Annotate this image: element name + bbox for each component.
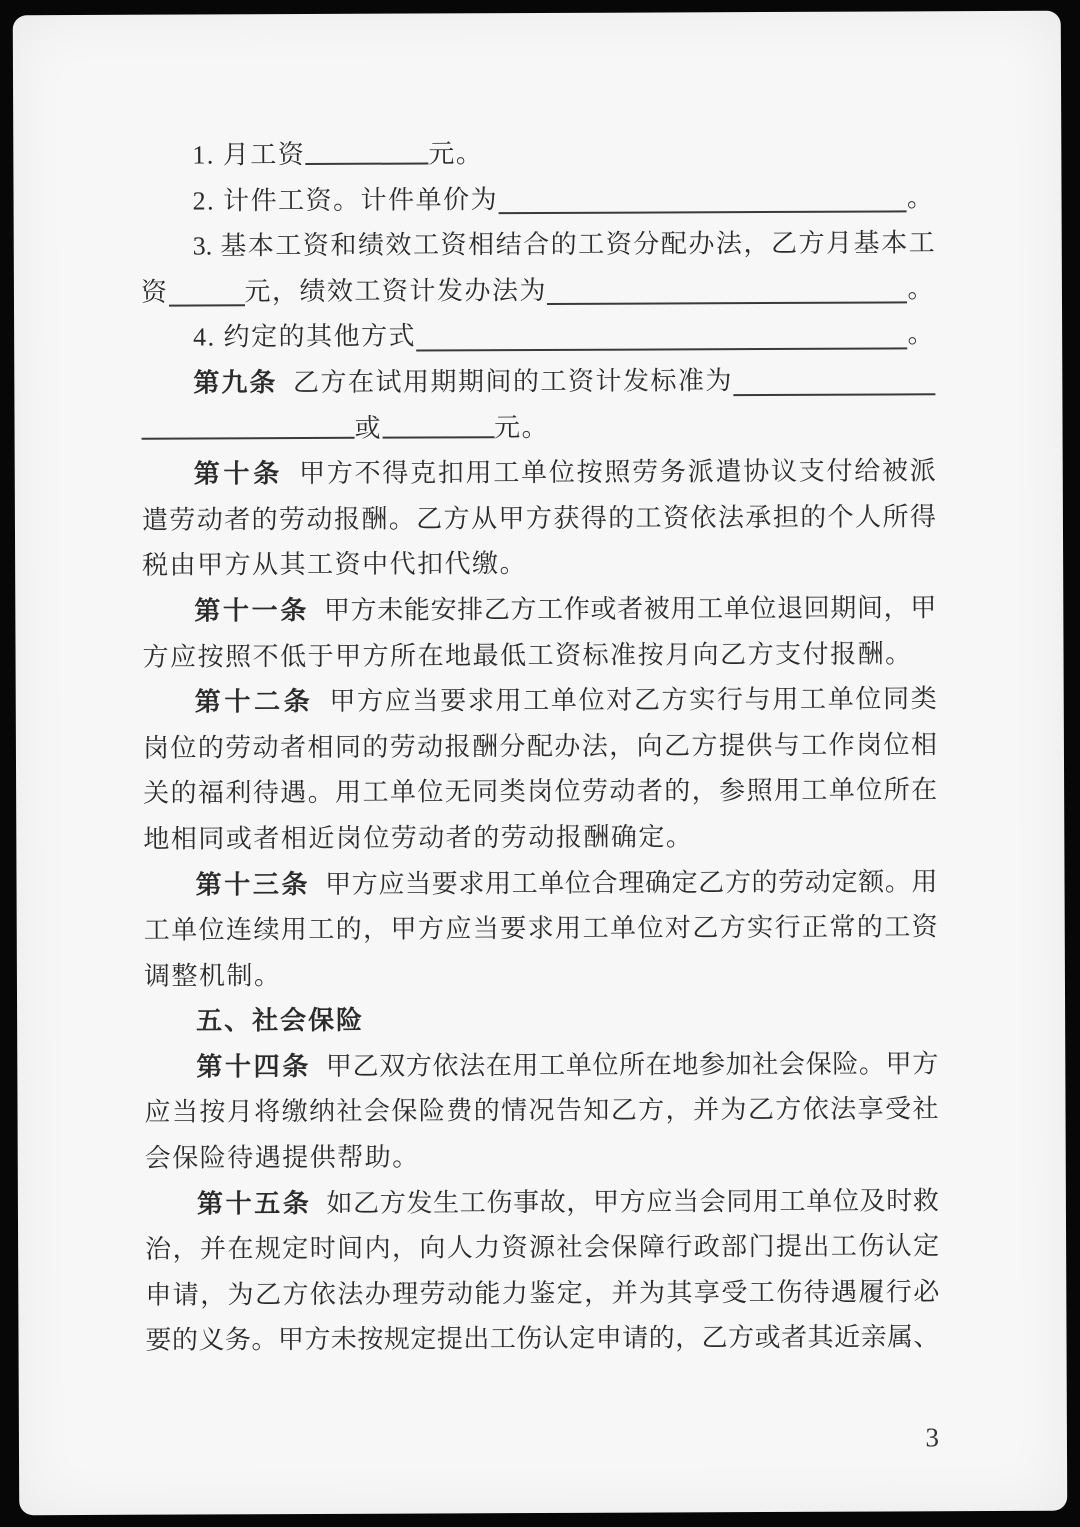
text-run: 3. 基本工资和绩效工资相结合的工资分配办法，乙方月基本工	[193, 228, 935, 260]
clause-heading: 第十一条	[194, 595, 309, 625]
fill-in-blank	[382, 410, 494, 438]
text-run: 调整机制。	[144, 961, 282, 991]
document-line: 岗位的劳动者相同的劳动报酬分配办法，向乙方提供与工作岗位相	[143, 722, 937, 771]
clause-heading: 五、社会保险	[196, 1005, 364, 1036]
document-line: 方应按照不低于甲方所在地最低工资标准按月向乙方支付报酬。	[142, 631, 936, 680]
text-run: 工单位连续用工的，甲方应当要求用工单位对乙方实行正常的工资	[144, 912, 938, 944]
document-line: 第十五条 如乙方发生工伤事故，甲方应当会同用工单位及时救	[145, 1178, 939, 1227]
document-line: 2. 计件工资。计件单价为。	[140, 175, 934, 224]
document-body: 1. 月工资元。2. 计件工资。计件单价为。3. 基本工资和绩效工资相结合的工资…	[140, 129, 939, 1363]
fill-in-blank	[498, 175, 907, 214]
document-line: 第十条 甲方不得克扣用工单位按照劳务派遣协议支付给被派	[142, 448, 936, 497]
text-run: 甲方应当要求用工单位对乙方实行与用工单位同类	[321, 684, 937, 716]
text-run: 元。	[494, 413, 549, 442]
document-line: 关的福利待遇。用工单位无同类岗位劳动者的，参照用工单位所在	[143, 768, 937, 817]
document-line: 工单位连续用工的，甲方应当要求用工单位对乙方实行正常的工资	[144, 904, 938, 953]
document-line: 治，并在规定时间内，向人力资源社会保障行政部门提出工伤认定	[145, 1224, 939, 1273]
text-run: 税由甲方从其工资中代扣代缴。	[142, 549, 527, 580]
text-run: 会保险待遇提供帮助。	[145, 1143, 420, 1173]
page-number: 3	[925, 1422, 939, 1453]
text-run: 元，绩效工资计发办法为	[244, 268, 547, 315]
text-run: 应当按月将缴纳社会保险费的情况告知乙方，并为乙方依法享受社	[144, 1095, 938, 1127]
document-line: 第十三条 甲方应当要求用工单位合理确定乙方的劳动定额。用	[143, 859, 937, 908]
clause-heading: 第十四条	[196, 1051, 311, 1081]
text-run: 如乙方发生工伤事故，甲方应当会同用工单位及时救	[319, 1186, 939, 1218]
text-run: 要的义务。甲方未按规定提出工伤认定申请的，乙方或者其近亲属、	[145, 1323, 939, 1355]
clause-heading: 第九条	[193, 360, 277, 406]
document-line: 遣劳动者的劳动报酬。乙方从甲方获得的工资依法承担的个人所得	[142, 494, 936, 543]
document-line: 第九条乙方在试用期期间的工资计发标准为	[141, 357, 935, 406]
document-page: 1. 月工资元。2. 计件工资。计件单价为。3. 基本工资和绩效工资相结合的工资…	[13, 11, 1068, 1516]
text-run: 关的福利待遇。用工单位无同类岗位劳动者的，参照用工单位所在	[143, 776, 937, 808]
fill-in-blank	[141, 410, 354, 439]
text-run: 治，并在规定时间内，向人力资源社会保障行政部门提出工伤认定	[145, 1232, 939, 1264]
text-run: 乙方在试用期期间的工资计发标准为	[293, 358, 733, 406]
fill-in-blank	[305, 136, 428, 165]
fill-in-blank	[733, 357, 936, 395]
text-run: 方应按照不低于甲方所在地最低工资标准按月向乙方支付报酬。	[142, 639, 912, 671]
clause-heading: 第十五条	[197, 1188, 312, 1218]
text-run: 元。	[428, 139, 483, 168]
text-run: 2. 计件工资。计件单价为	[192, 177, 498, 224]
document-line: 应当按月将缴纳社会保险费的情况告知乙方，并为乙方依法享受社	[144, 1087, 938, 1136]
text-run: 1. 月工资	[192, 140, 305, 169]
text-run: 甲方不得克扣用工单位按照劳务派遣协议支付给被派	[291, 456, 936, 488]
document-line: 地相同或者相近岗位劳动者的劳动报酬确定。	[143, 813, 937, 862]
document-line: 税由甲方从其工资中代扣代缴。	[142, 540, 936, 589]
text-run: 岗位的劳动者相同的劳动报酬分配办法，向乙方提供与工作岗位相	[143, 730, 937, 762]
text-run: 甲乙双方依法在用工单位所在地参加社会保险。甲方	[319, 1049, 939, 1081]
text-run: 或	[354, 413, 382, 442]
fill-in-blank	[547, 266, 908, 305]
text-run: 。	[907, 266, 935, 312]
text-run: 。	[908, 312, 936, 358]
document-line: 或元。	[141, 403, 935, 452]
document-line: 3. 基本工资和绩效工资相结合的工资分配办法，乙方月基本工	[141, 220, 935, 269]
clause-heading: 第十条	[194, 458, 283, 488]
text-run: 地相同或者相近岗位劳动者的劳动报酬确定。	[143, 822, 693, 853]
text-run: 。	[907, 175, 935, 221]
text-run: 遣劳动者的劳动报酬。乙方从甲方获得的工资依法承担的个人所得	[142, 502, 936, 534]
text-run: 申请，为乙方依法办理劳动能力鉴定，并为其享受工伤待遇履行必	[145, 1277, 939, 1309]
document-line: 申请，为乙方依法办理劳动能力鉴定，并为其享受工伤待遇履行必	[145, 1269, 939, 1318]
document-line: 第十四条 甲乙双方依法在用工单位所在地参加社会保险。甲方	[144, 1041, 938, 1090]
document-line: 会保险待遇提供帮助。	[145, 1132, 939, 1181]
document-line: 五、社会保险	[144, 996, 938, 1045]
text-run: 资	[141, 269, 169, 315]
fill-in-blank	[168, 269, 244, 307]
text-run: 甲方未能安排乙方工作或者被用工单位退回期间，甲	[317, 593, 937, 625]
document-line: 资元，绩效工资计发办法为。	[141, 266, 935, 315]
document-line: 第十二条 甲方应当要求用工单位对乙方实行与用工单位同类	[143, 676, 937, 725]
fill-in-blank	[416, 312, 908, 352]
text-run: 4. 约定的其他方式	[193, 314, 416, 361]
document-line: 要的义务。甲方未按规定提出工伤认定申请的，乙方或者其近亲属、	[145, 1315, 939, 1364]
text-run: 甲方应当要求用工单位合理确定乙方的劳动定额。用	[318, 867, 938, 899]
photo-frame: 1. 月工资元。2. 计件工资。计件单价为。3. 基本工资和绩效工资相结合的工资…	[0, 0, 1080, 1527]
document-line: 调整机制。	[144, 950, 938, 999]
clause-heading: 第十二条	[195, 686, 314, 717]
document-line: 1. 月工资元。	[140, 129, 934, 178]
document-line: 第十一条 甲方未能安排乙方工作或者被用工单位退回期间，甲	[142, 585, 936, 634]
clause-heading: 第十三条	[195, 869, 310, 899]
document-line: 4. 约定的其他方式。	[141, 312, 935, 361]
